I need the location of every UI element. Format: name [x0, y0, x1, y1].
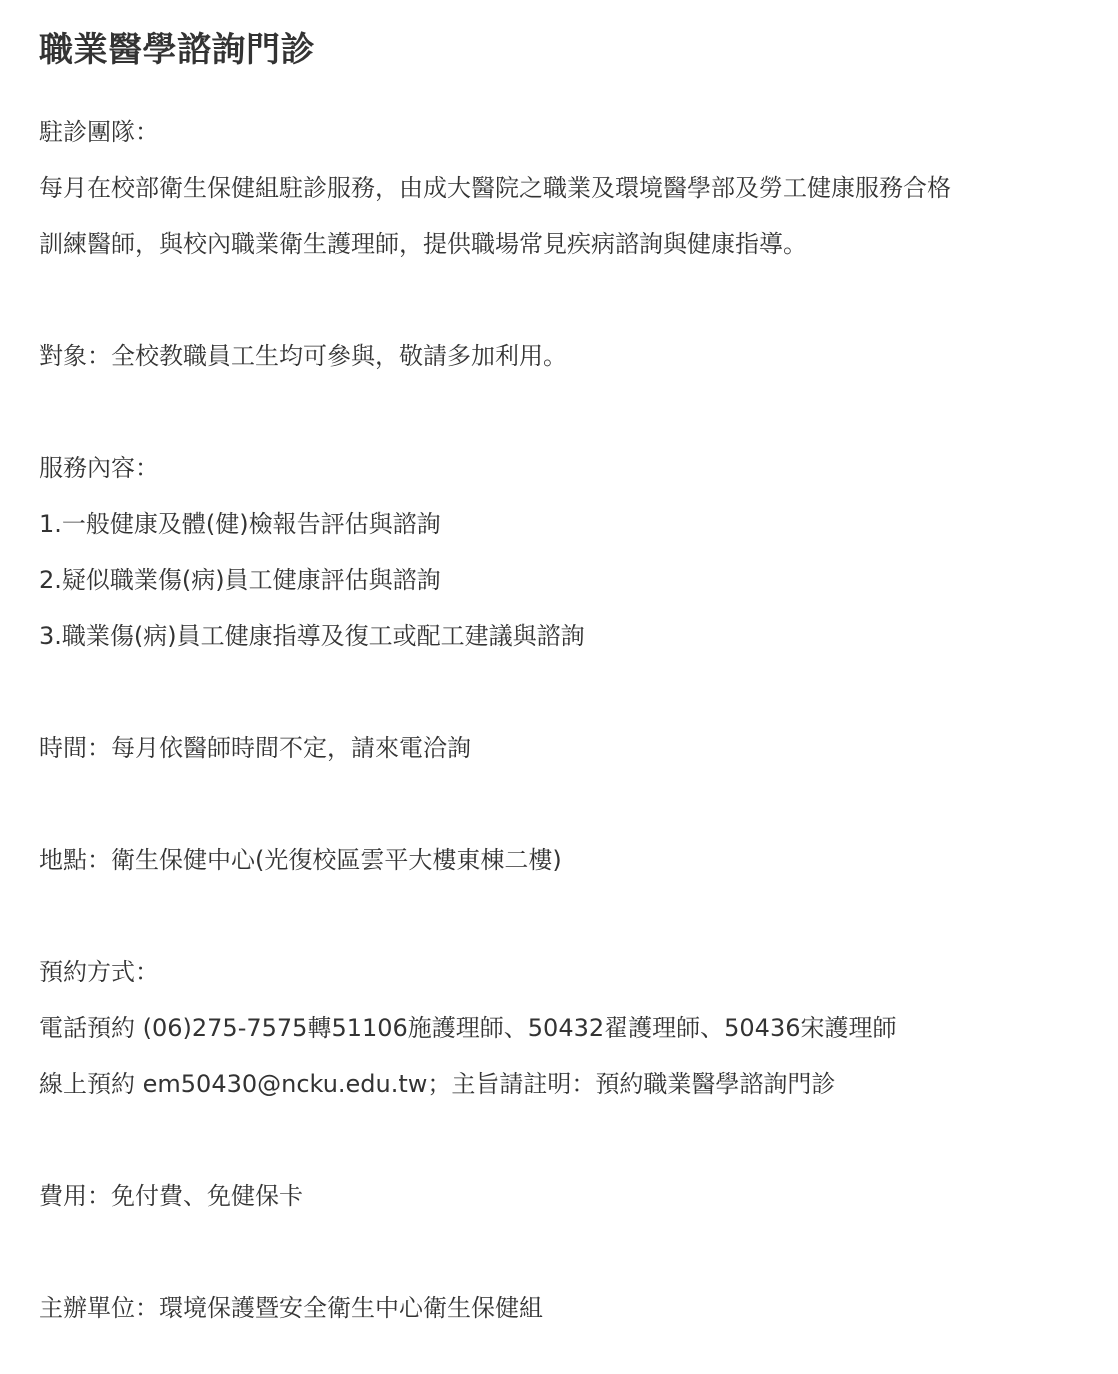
- page-title: 職業醫學諮詢門診: [39, 28, 315, 72]
- booking-online: 線上預約 em50430@ncku.edu.tw；主旨請註明：預約職業醫學諮詢門…: [39, 1068, 835, 1100]
- clinic-time: 時間：每月依醫師時間不定，請來電洽詢: [39, 732, 471, 764]
- team-description-line-2: 訓練醫師，與校內職業衛生護理師，提供職場常見疾病諮詢與健康指導。: [39, 228, 807, 260]
- team-description-line-1: 每月在校部衛生保健組駐診服務，由成大醫院之職業及環境醫學部及勞工健康服務合格: [39, 172, 951, 204]
- fee-info: 費用：免付費、免健保卡: [39, 1180, 303, 1212]
- team-label: 駐診團隊：: [39, 116, 159, 148]
- services-label: 服務內容：: [39, 452, 159, 484]
- service-item: 3.職業傷(病)員工健康指導及復工或配工建議與諮詢: [39, 620, 585, 652]
- clinic-location: 地點：衛生保健中心(光復校區雲平大樓東棟二樓): [39, 844, 562, 876]
- booking-label: 預約方式：: [39, 956, 159, 988]
- booking-phone: 電話預約 (06)275-7575轉51106施護理師、50432翟護理師、50…: [39, 1012, 896, 1044]
- service-item: 1.一般健康及體(健)檢報告評估與諮詢: [39, 508, 441, 540]
- booking-online-prefix: 線上預約: [39, 1070, 143, 1098]
- booking-email-link[interactable]: em50430@ncku.edu.tw: [143, 1070, 428, 1098]
- target-audience: 對象：全校教職員工生均可參與，敬請多加利用。: [39, 340, 567, 372]
- booking-online-suffix: ；主旨請註明：預約職業醫學諮詢門診: [427, 1070, 835, 1098]
- service-item: 2.疑似職業傷(病)員工健康評估與諮詢: [39, 564, 441, 596]
- organizer-info: 主辦單位：環境保護暨安全衛生中心衛生保健組: [39, 1292, 543, 1324]
